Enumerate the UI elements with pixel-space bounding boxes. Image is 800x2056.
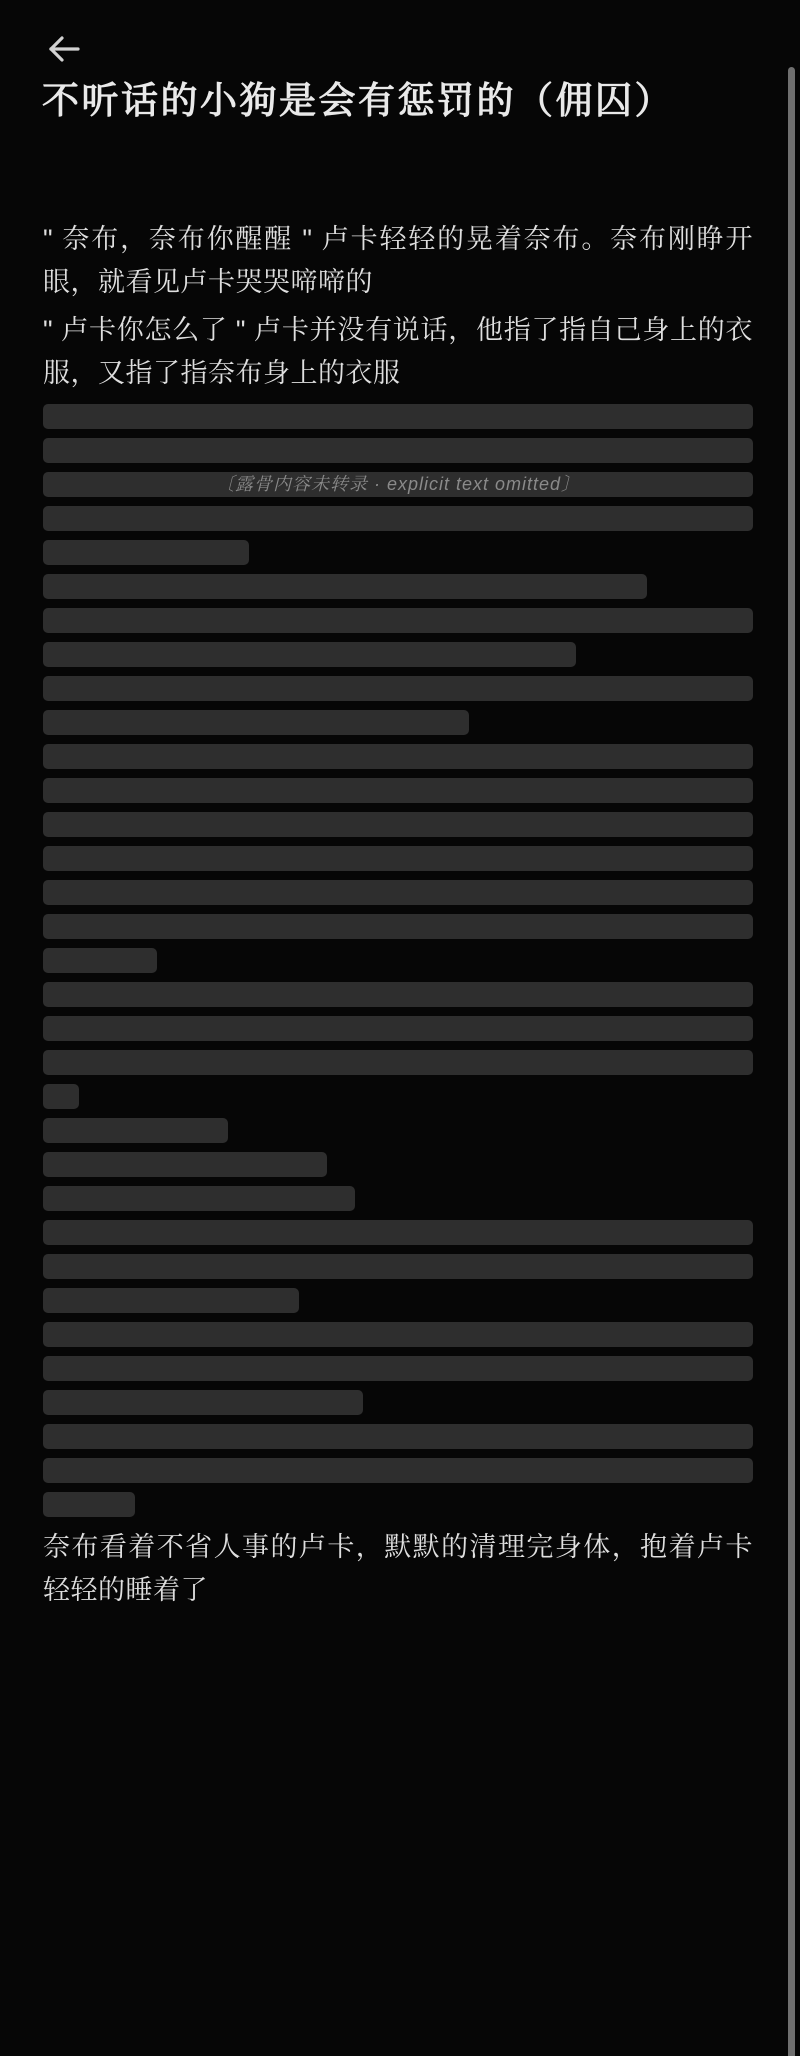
redacted-text-line bbox=[43, 1152, 327, 1177]
redacted-text-line bbox=[43, 1492, 135, 1517]
redacted-text-line bbox=[43, 948, 157, 973]
redacted-paragraph bbox=[43, 1118, 753, 1143]
redacted-text-line bbox=[43, 1016, 753, 1041]
redacted-paragraph bbox=[43, 1220, 753, 1313]
redacted-text-line bbox=[43, 1390, 363, 1415]
redacted-text-line bbox=[43, 1424, 753, 1449]
redacted-text-line bbox=[43, 676, 753, 701]
redacted-text-line bbox=[43, 880, 753, 905]
redacted-paragraph bbox=[43, 1186, 753, 1211]
redacted-paragraph bbox=[43, 574, 753, 599]
redacted-text-line bbox=[43, 642, 576, 667]
redacted-paragraph bbox=[43, 1424, 753, 1517]
redacted-text-line bbox=[43, 1220, 753, 1245]
scrollbar-thumb[interactable] bbox=[788, 67, 795, 2056]
redacted-paragraph bbox=[43, 982, 753, 1109]
redacted-text-line bbox=[43, 1084, 79, 1109]
story-paragraph: " 卢卡你怎么了 " 卢卡并没有说话，他指了指自己身上的衣服，又指了指奈布身上的… bbox=[43, 309, 753, 395]
redacted-text-line bbox=[43, 982, 753, 1007]
page-title: 不听话的小狗是会有惩罚的（佣囚） bbox=[42, 76, 740, 126]
redacted-text-line bbox=[43, 710, 469, 735]
story-paragraph: 奈布看着不省人事的卢卡，默默的清理完身体，抱着卢卡轻轻的睡着了 bbox=[43, 1526, 753, 1612]
redacted-text-line bbox=[43, 914, 753, 939]
redacted-text-line bbox=[43, 1050, 753, 1075]
redacted-text-line bbox=[43, 744, 753, 769]
redacted-text-line bbox=[43, 574, 647, 599]
reader-screen: 不听话的小狗是会有惩罚的（佣囚） " 奈布，奈布你醒醒 " 卢卡轻轻的晃着奈布。… bbox=[0, 0, 800, 2056]
redacted-text-line bbox=[43, 1254, 753, 1279]
redacted-text-line bbox=[43, 846, 753, 871]
redacted-text-line bbox=[43, 1322, 753, 1347]
redacted-paragraph bbox=[43, 608, 753, 667]
story-body: " 奈布，奈布你醒醒 " 卢卡轻轻的晃着奈布。奈布刚睁开眼，就看见卢卡哭哭啼啼的… bbox=[43, 218, 753, 1617]
redacted-text-line bbox=[43, 1288, 299, 1313]
redacted-paragraph bbox=[43, 1152, 753, 1177]
redacted-text-line bbox=[43, 812, 753, 837]
redacted-text-line bbox=[43, 778, 753, 803]
redaction-note: 〔露骨内容未转录 · explicit text omitted〕 bbox=[43, 404, 753, 565]
redacted-paragraph bbox=[43, 1322, 753, 1415]
redacted-paragraph bbox=[43, 676, 753, 735]
redacted-text-line bbox=[43, 608, 753, 633]
back-button[interactable] bbox=[44, 28, 84, 68]
redacted-paragraph bbox=[43, 744, 753, 973]
redacted-text-line bbox=[43, 1186, 355, 1211]
back-arrow-icon bbox=[44, 28, 84, 68]
redacted-text-line bbox=[43, 1118, 228, 1143]
redacted-text-line bbox=[43, 1356, 753, 1381]
story-paragraph: " 奈布，奈布你醒醒 " 卢卡轻轻的晃着奈布。奈布刚睁开眼，就看见卢卡哭哭啼啼的 bbox=[43, 218, 753, 304]
redacted-text-line bbox=[43, 1458, 753, 1483]
redacted-paragraph: 〔露骨内容未转录 · explicit text omitted〕 bbox=[43, 404, 753, 565]
